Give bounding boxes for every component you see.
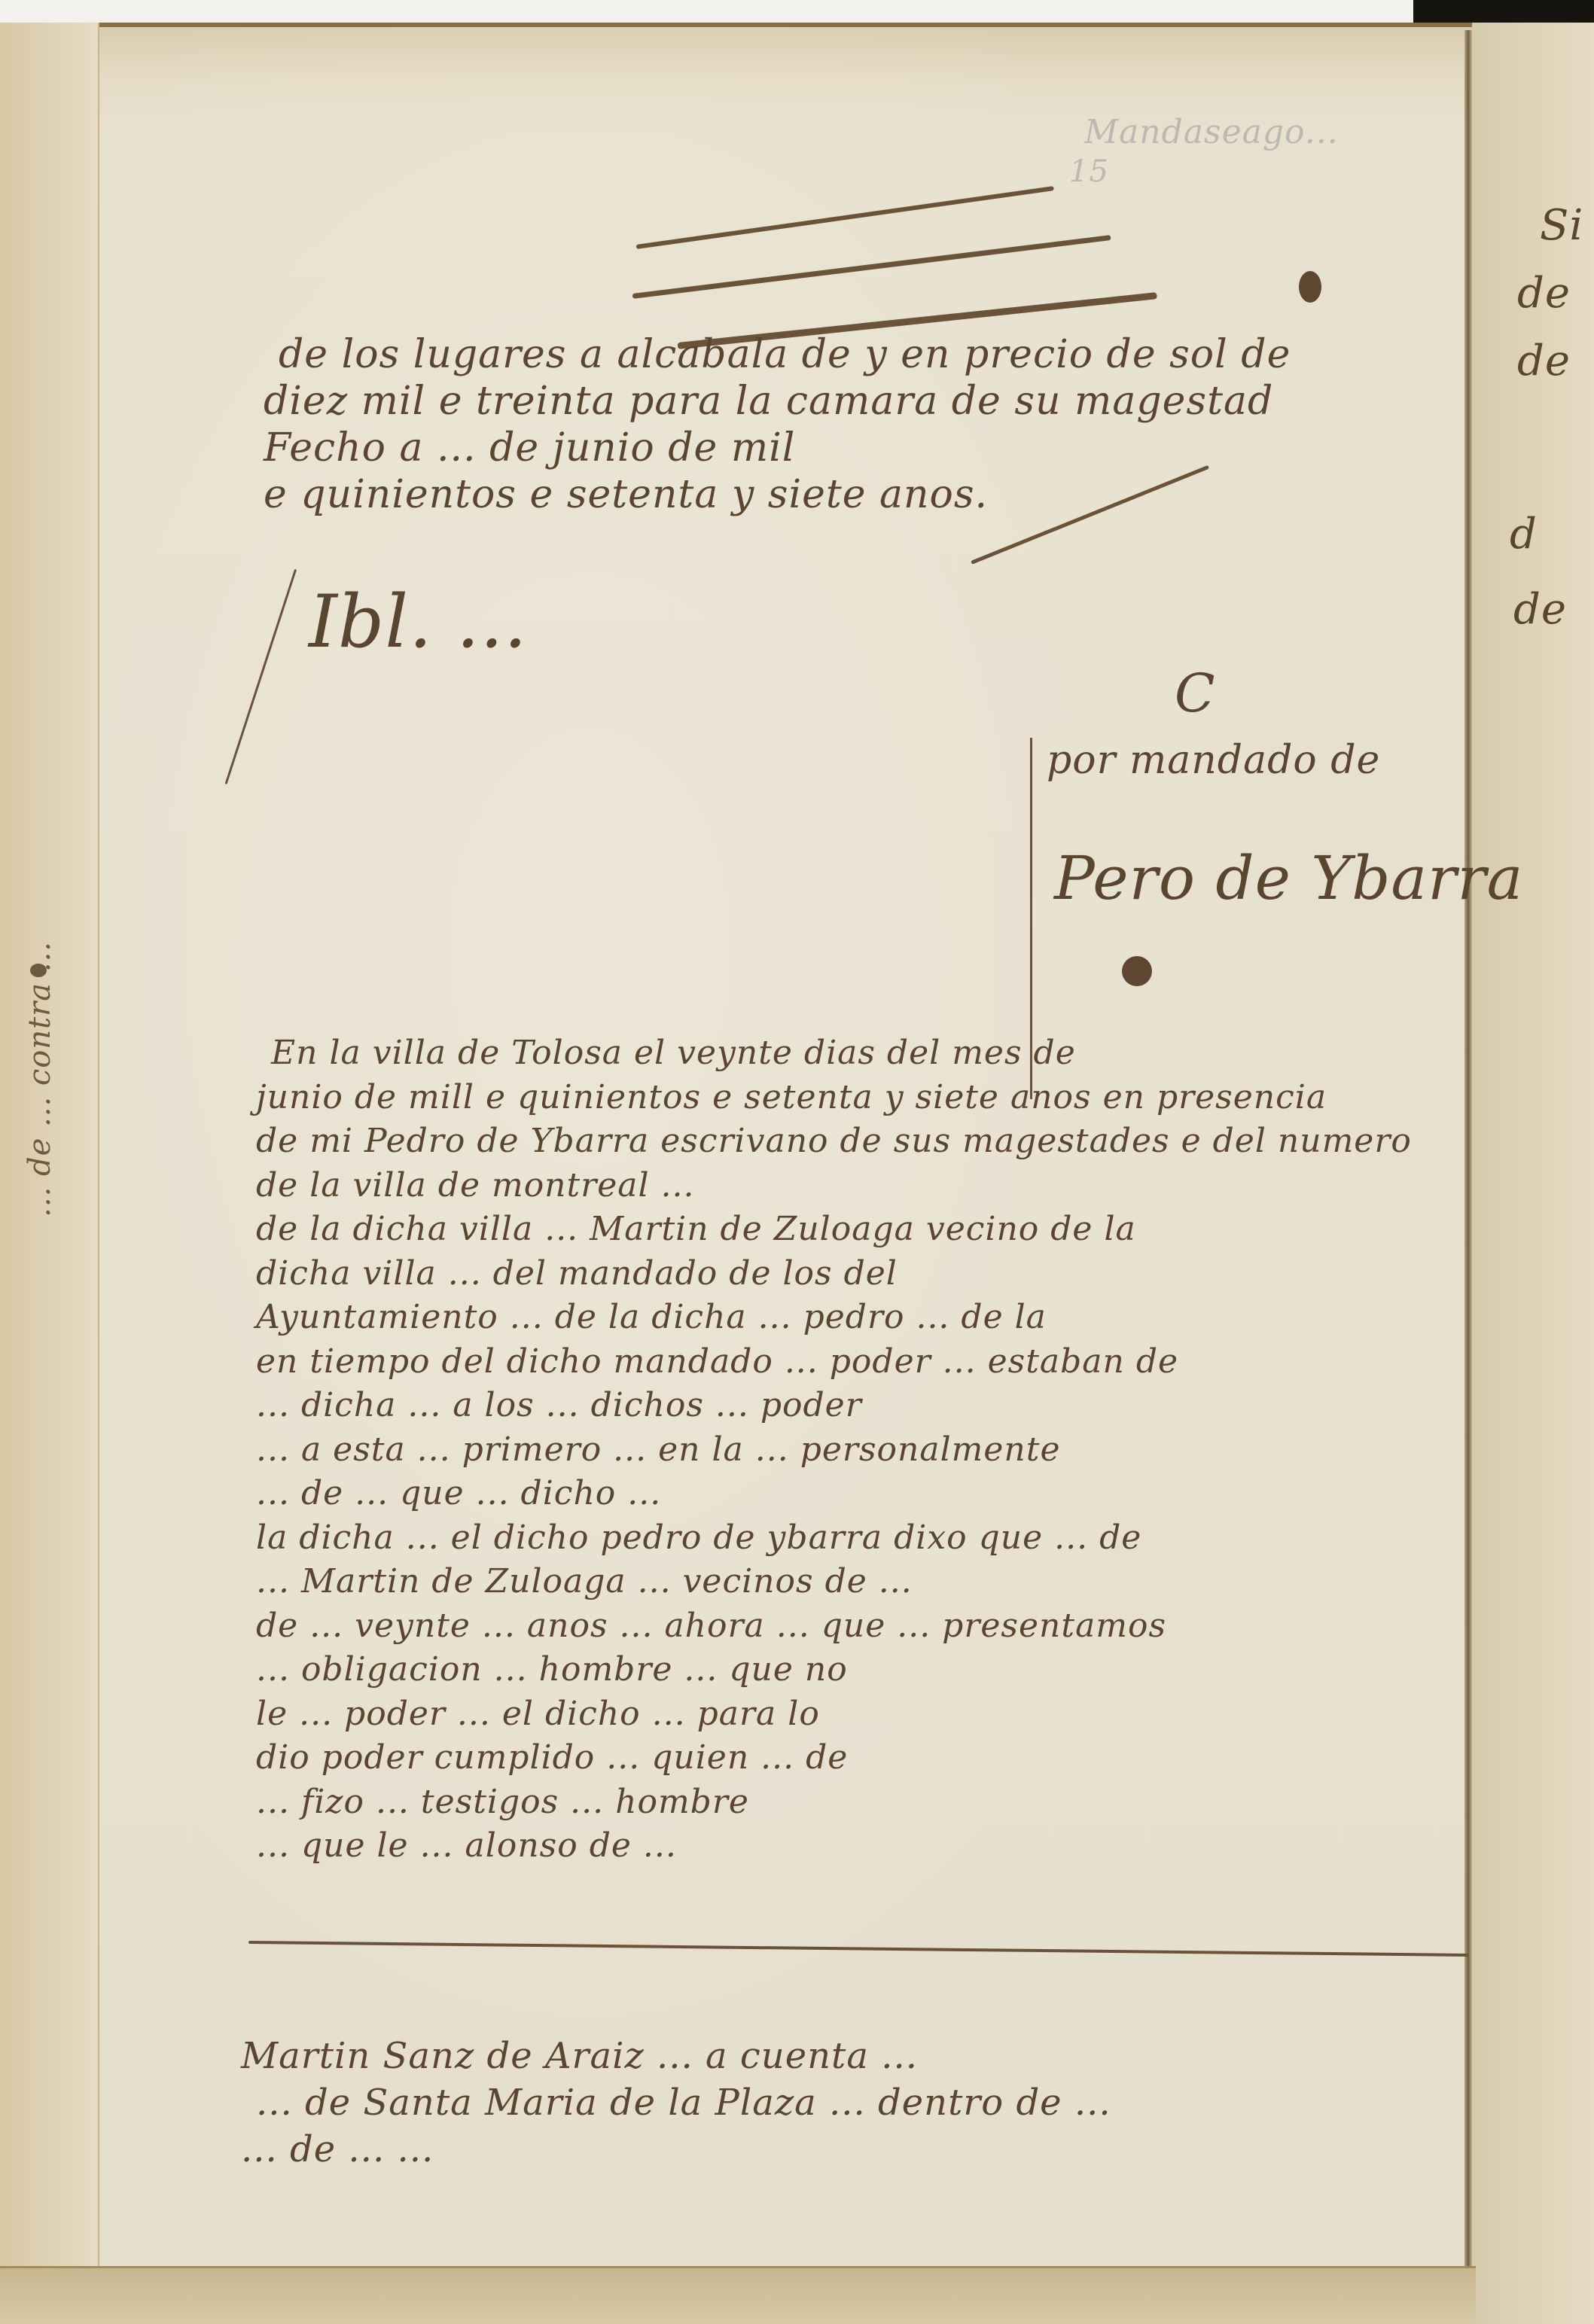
body-line: le ... poder ... el dicho ... para lo	[256, 1692, 1412, 1737]
body-line: dicha villa ... del mandado de los del	[256, 1252, 1412, 1296]
body-line: de la villa de montreal ...	[256, 1164, 1412, 1208]
facing-line: de	[1517, 316, 1571, 407]
left-margin-note: ... de ... contra ...	[23, 941, 57, 1217]
page-number: 15	[1069, 154, 1109, 189]
body-line: ... de ... que ... dicho ...	[256, 1472, 1412, 1516]
ink-blot	[1299, 271, 1321, 303]
annotation-line: por mandado de	[1047, 738, 1380, 783]
faint-top-note: Mandaseago...	[1084, 113, 1339, 151]
header-line: Fecho a ... de junio de mil	[264, 425, 1276, 471]
body-line: dio poder cumplido ... quien ... de	[256, 1736, 1412, 1780]
body-line: ... obligacion ... hombre ... que no	[256, 1648, 1412, 1692]
body-line: ... a esta ... primero ... en la ... per…	[256, 1428, 1412, 1473]
footer-block: Martin Sanz de Araiz ... a cuenta ... ..…	[241, 2033, 1096, 2173]
facing-line: de	[1513, 565, 1567, 655]
body-line: la dicha ... el dicho pedro de ybarra di…	[256, 1516, 1412, 1561]
ink-blot	[1122, 956, 1152, 986]
body-line: ... Martin de Zuloaga ... vecinos de ...	[256, 1560, 1412, 1604]
body-line: ... que le ... alonso de ...	[256, 1824, 1412, 1869]
annotation-signature: Pero de Ybarra	[1054, 843, 1523, 913]
body-line: de ... veynte ... anos ... ahora ... que…	[256, 1604, 1412, 1649]
body-line: ... fizo ... testigos ... hombre	[256, 1780, 1412, 1825]
header-block: de los lugares a alcabala de y en precio…	[279, 331, 1291, 518]
header-line: diez mil e treinta para la camara de su …	[264, 378, 1276, 425]
facing-page: Si de de d de	[1472, 23, 1594, 2324]
book-spine	[1464, 30, 1472, 2324]
body-line: de la dicha villa ... Martin de Zuloaga …	[256, 1208, 1412, 1252]
header-line: de los lugares a alcabala de y en precio…	[279, 331, 1291, 378]
annotation-mark: C	[1175, 662, 1216, 724]
footer-line: ... de Santa Maria de la Plaza ... dentr…	[256, 2079, 1111, 2126]
header-line: e quinientos e setenta y siete anos.	[264, 471, 1276, 518]
body-line: Ayuntamiento ... de la dicha ... pedro .…	[256, 1296, 1412, 1340]
body-line: junio de mill e quinientos e setenta y s…	[256, 1076, 1412, 1120]
body-line: En la villa de Tolosa el veynte dias del…	[271, 1031, 1427, 1076]
body-line: ... dicha ... a los ... dichos ... poder	[256, 1384, 1412, 1428]
page-bottom-edge	[0, 2266, 1476, 2324]
body-line: de mi Pedro de Ybarra escrivano de sus m…	[256, 1119, 1412, 1164]
signature: Ibl. ...	[309, 580, 528, 664]
body-line: en tiempo del dicho mandado ... poder ..…	[256, 1340, 1412, 1384]
footer-line: Martin Sanz de Araiz ... a cuenta ...	[241, 2033, 1096, 2079]
body-text: En la villa de Tolosa el veynte dias del…	[256, 1031, 1412, 1869]
ink-blot	[30, 964, 47, 977]
footer-line: ... de ... ...	[241, 2126, 1096, 2173]
